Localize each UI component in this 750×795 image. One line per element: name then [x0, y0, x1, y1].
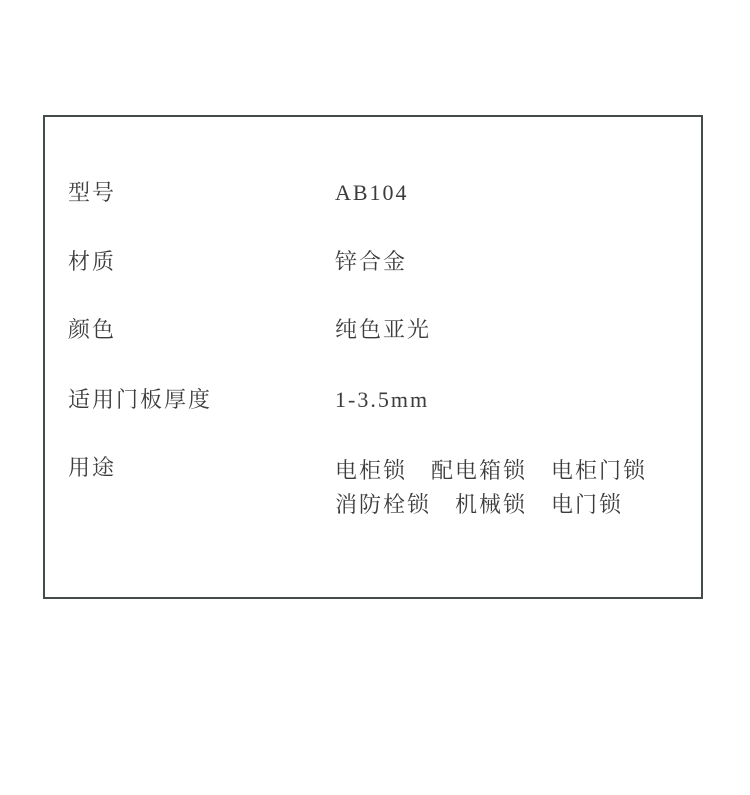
product-spec-page: { "page": { "background_color": "#ffffff…: [0, 0, 750, 795]
spec-value-door-thickness: 1-3.5mm: [335, 386, 429, 414]
spec-label-material: 材质: [68, 248, 116, 276]
spec-value-usage: 电柜锁 配电箱锁 电柜门锁 消防栓锁 机械锁 电门锁: [335, 454, 647, 522]
spec-value-usage-line-1: 电柜锁 配电箱锁 电柜门锁: [335, 454, 647, 488]
spec-card: 型号 AB104 材质 锌合金 颜色 纯色亚光 适用门板厚度 1-3.5mm 用…: [43, 115, 703, 599]
spec-value-usage-line-2: 消防栓锁 机械锁 电门锁: [335, 488, 647, 522]
spec-label-usage: 用途: [68, 454, 116, 482]
spec-label-color: 颜色: [68, 316, 116, 344]
spec-label-model: 型号: [68, 179, 116, 207]
spec-value-model: AB104: [335, 179, 409, 207]
spec-value-color: 纯色亚光: [335, 316, 431, 344]
spec-label-door-thickness: 适用门板厚度: [68, 386, 212, 414]
spec-value-material: 锌合金: [335, 248, 407, 276]
